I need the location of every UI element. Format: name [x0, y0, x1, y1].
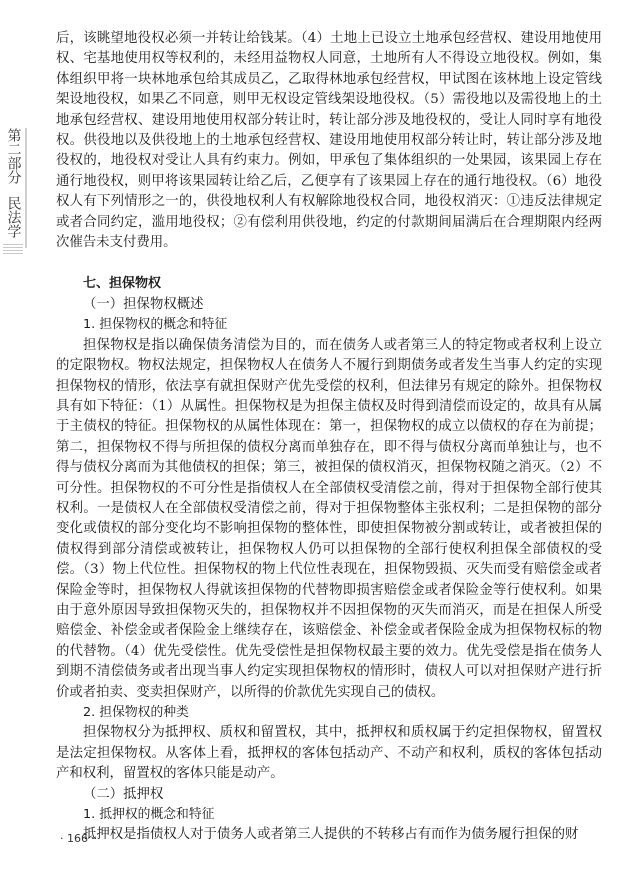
- page-content: 后，该眺望地役权必须一并转让给钱某。（4）土地上已设立土地承包经营权、建设用地使…: [56, 29, 602, 846]
- sub-subsection-heading: 2. 担保物权的种类: [56, 703, 602, 723]
- page-number: · 166 ·: [60, 832, 95, 845]
- sub-subsection-heading: 1. 抵押权的概念和特征: [56, 805, 602, 825]
- side-tab-subject: 民法学: [5, 196, 22, 238]
- paragraph: 担保物权分为抵押权、质权和留置权，其中，抵押权和质权属于约定担保物权，留置权是法…: [56, 723, 602, 784]
- side-rule: [25, 128, 27, 248]
- side-tab-part: 第二部分: [5, 128, 22, 184]
- sub-subsection-heading: 1. 担保物权的概念和特征: [56, 315, 602, 335]
- side-decoration: [3, 244, 23, 256]
- paragraph: 后，该眺望地役权必须一并转让给钱某。（4）土地上已设立土地承包经营权、建设用地使…: [56, 29, 602, 253]
- section-heading: 七、担保物权: [56, 274, 602, 294]
- paragraph: 担保物权是指以确保债务清偿为目的，而在债务人或者第三人的特定物或者权利上设立的定…: [56, 336, 602, 703]
- paragraph: 抵押权是指债权人对于债务人或者第三人提供的不转移占有而作为债务履行担保的财: [56, 825, 602, 845]
- subsection-heading: （二）抵押权: [56, 785, 602, 805]
- subsection-heading: （一）担保物权概述: [56, 295, 602, 315]
- side-tab: 第二部分 民法学: [5, 128, 21, 238]
